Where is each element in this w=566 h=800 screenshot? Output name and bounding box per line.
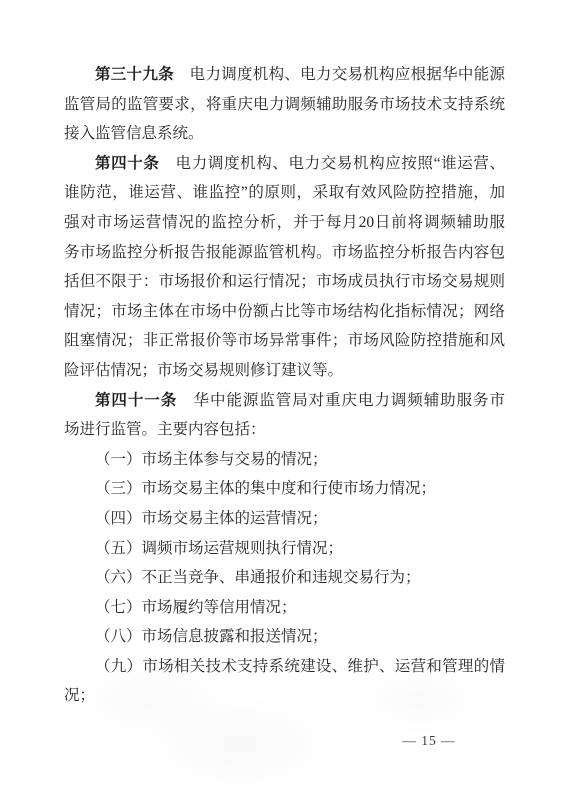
text-line: （五）调频市场运营规则执行情况；	[64, 534, 505, 564]
text-line: 险评估情况；市场交易规则修订建议等。	[64, 356, 505, 386]
text-line: （一）市场主体参与交易的情况；	[64, 445, 505, 475]
text-line: （九）市场相关技术支持系统建设、维护、运营和管理的情	[64, 652, 505, 682]
text-line: 监管局的监管要求，将重庆电力调频辅助服务市场技术支持系统	[64, 90, 505, 120]
text-line: 强对市场运营情况的监控分析，并于每月20日前将调频辅助服	[64, 208, 505, 238]
text-line: 括但不限于：市场报价和运行情况；市场成员执行市场交易规则	[64, 267, 505, 297]
text-line: 第四十条 电力调度机构、电力交易机构应按照“谁运营、	[64, 149, 505, 179]
text-line: （八）市场信息披露和报送情况；	[64, 622, 505, 652]
article-number: 第三十九条	[95, 66, 174, 83]
text-line: 第四十一条 华中能源监管局对重庆电力调频辅助服务市	[64, 386, 505, 416]
text-line: （三）市场交易主体的集中度和行使市场力情况；	[64, 474, 505, 504]
text-line: 谁防范，谁运营、谁监控”的原则，采取有效风险防控措施，加	[64, 178, 505, 208]
text-line: 阻塞情况；非正常报价等市场异常事件；市场风险防控措施和风	[64, 326, 505, 356]
page-number: — 15 —	[398, 733, 460, 749]
text-line: （六）不正当竞争、串通报价和违规交易行为；	[64, 563, 505, 593]
text-line: 况；	[64, 681, 505, 711]
text-line: （七）市场履约等信用情况；	[64, 593, 505, 623]
text-line: 场进行监管。主要内容包括：	[64, 415, 505, 445]
document-page: 第三十九条 电力调度机构、电力交易机构应根据华中能源监管局的监管要求，将重庆电力…	[0, 0, 566, 800]
document-text-block: 第三十九条 电力调度机构、电力交易机构应根据华中能源监管局的监管要求，将重庆电力…	[64, 60, 505, 711]
text-line: 接入监管信息系统。	[64, 119, 505, 149]
text-line: 务市场监控分析报告报能源监管机构。市场监控分析报告内容包	[64, 238, 505, 268]
article-number: 第四十一条	[95, 392, 177, 409]
text-line: 情况；市场主体在市场中份额占比等市场结构化指标情况；网络	[64, 297, 505, 327]
text-line: （四）市场交易主体的运营情况；	[64, 504, 505, 534]
article-number: 第四十条	[95, 155, 160, 172]
text-line: 第三十九条 电力调度机构、电力交易机构应根据华中能源	[64, 60, 505, 90]
